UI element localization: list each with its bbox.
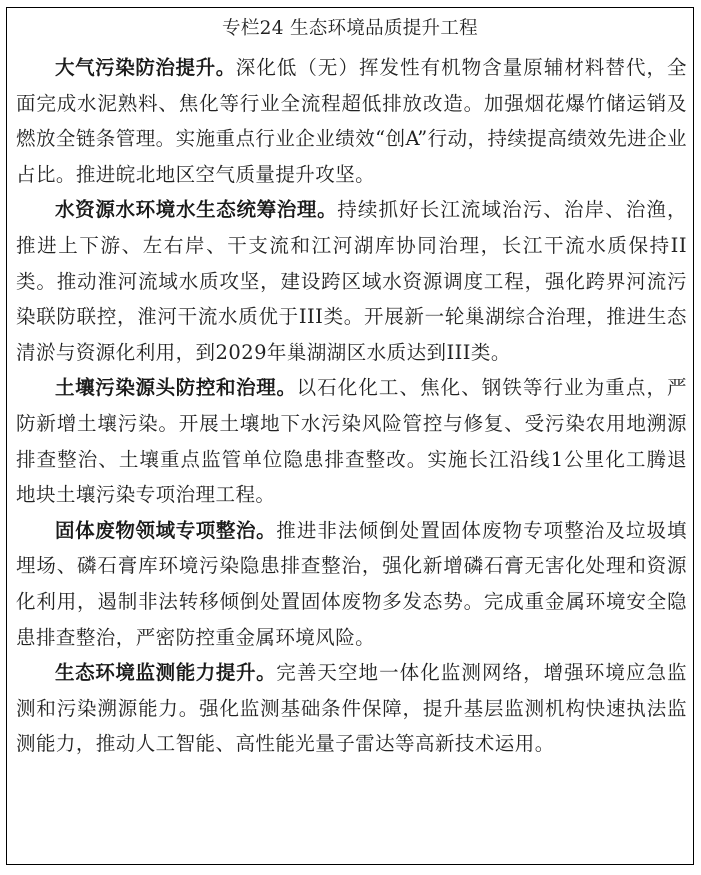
box-content: 大气污染防治提升。深化低（无）挥发性有机物含量原辅材料替代，全面完成水泥熟料、焦… (16, 50, 687, 762)
section-heading: 生态环境监测能力提升。 (55, 661, 276, 684)
section-solid-waste: 固体废物领域专项整治。推进非法倾倒处置固体废物专项整治及垃圾填埋场、磷石膏库环境… (16, 513, 687, 655)
section-heading: 固体废物领域专项整治。 (55, 519, 276, 542)
section-soil: 土壤污染源头防控和治理。以石化化工、焦化、钢铁等行业为重点，严防新增土壤污染。开… (16, 370, 687, 512)
section-heading: 土壤污染源头防控和治理。 (55, 376, 297, 399)
section-monitoring: 生态环境监测能力提升。完善天空地一体化监测网络，增强环境应急监测和污染溯源能力。… (16, 655, 687, 762)
section-heading: 大气污染防治提升。 (55, 56, 236, 79)
section-heading: 水资源水环境水生态统筹治理。 (55, 198, 337, 221)
box-title: 专栏24 生态环境品质提升工程 (7, 17, 693, 41)
column-box: 专栏24 生态环境品质提升工程 大气污染防治提升。深化低（无）挥发性有机物含量原… (6, 7, 694, 865)
section-water: 水资源水环境水生态统筹治理。持续抓好长江流域治污、治岸、治渔，推进上下游、左右岸… (16, 192, 687, 370)
section-air-pollution: 大气污染防治提升。深化低（无）挥发性有机物含量原辅材料替代，全面完成水泥熟料、焦… (16, 50, 687, 192)
section-body: 持续抓好长江流域治污、治岸、治渔，推进上下游、左右岸、干支流和江河湖库协同治理，… (16, 198, 687, 363)
